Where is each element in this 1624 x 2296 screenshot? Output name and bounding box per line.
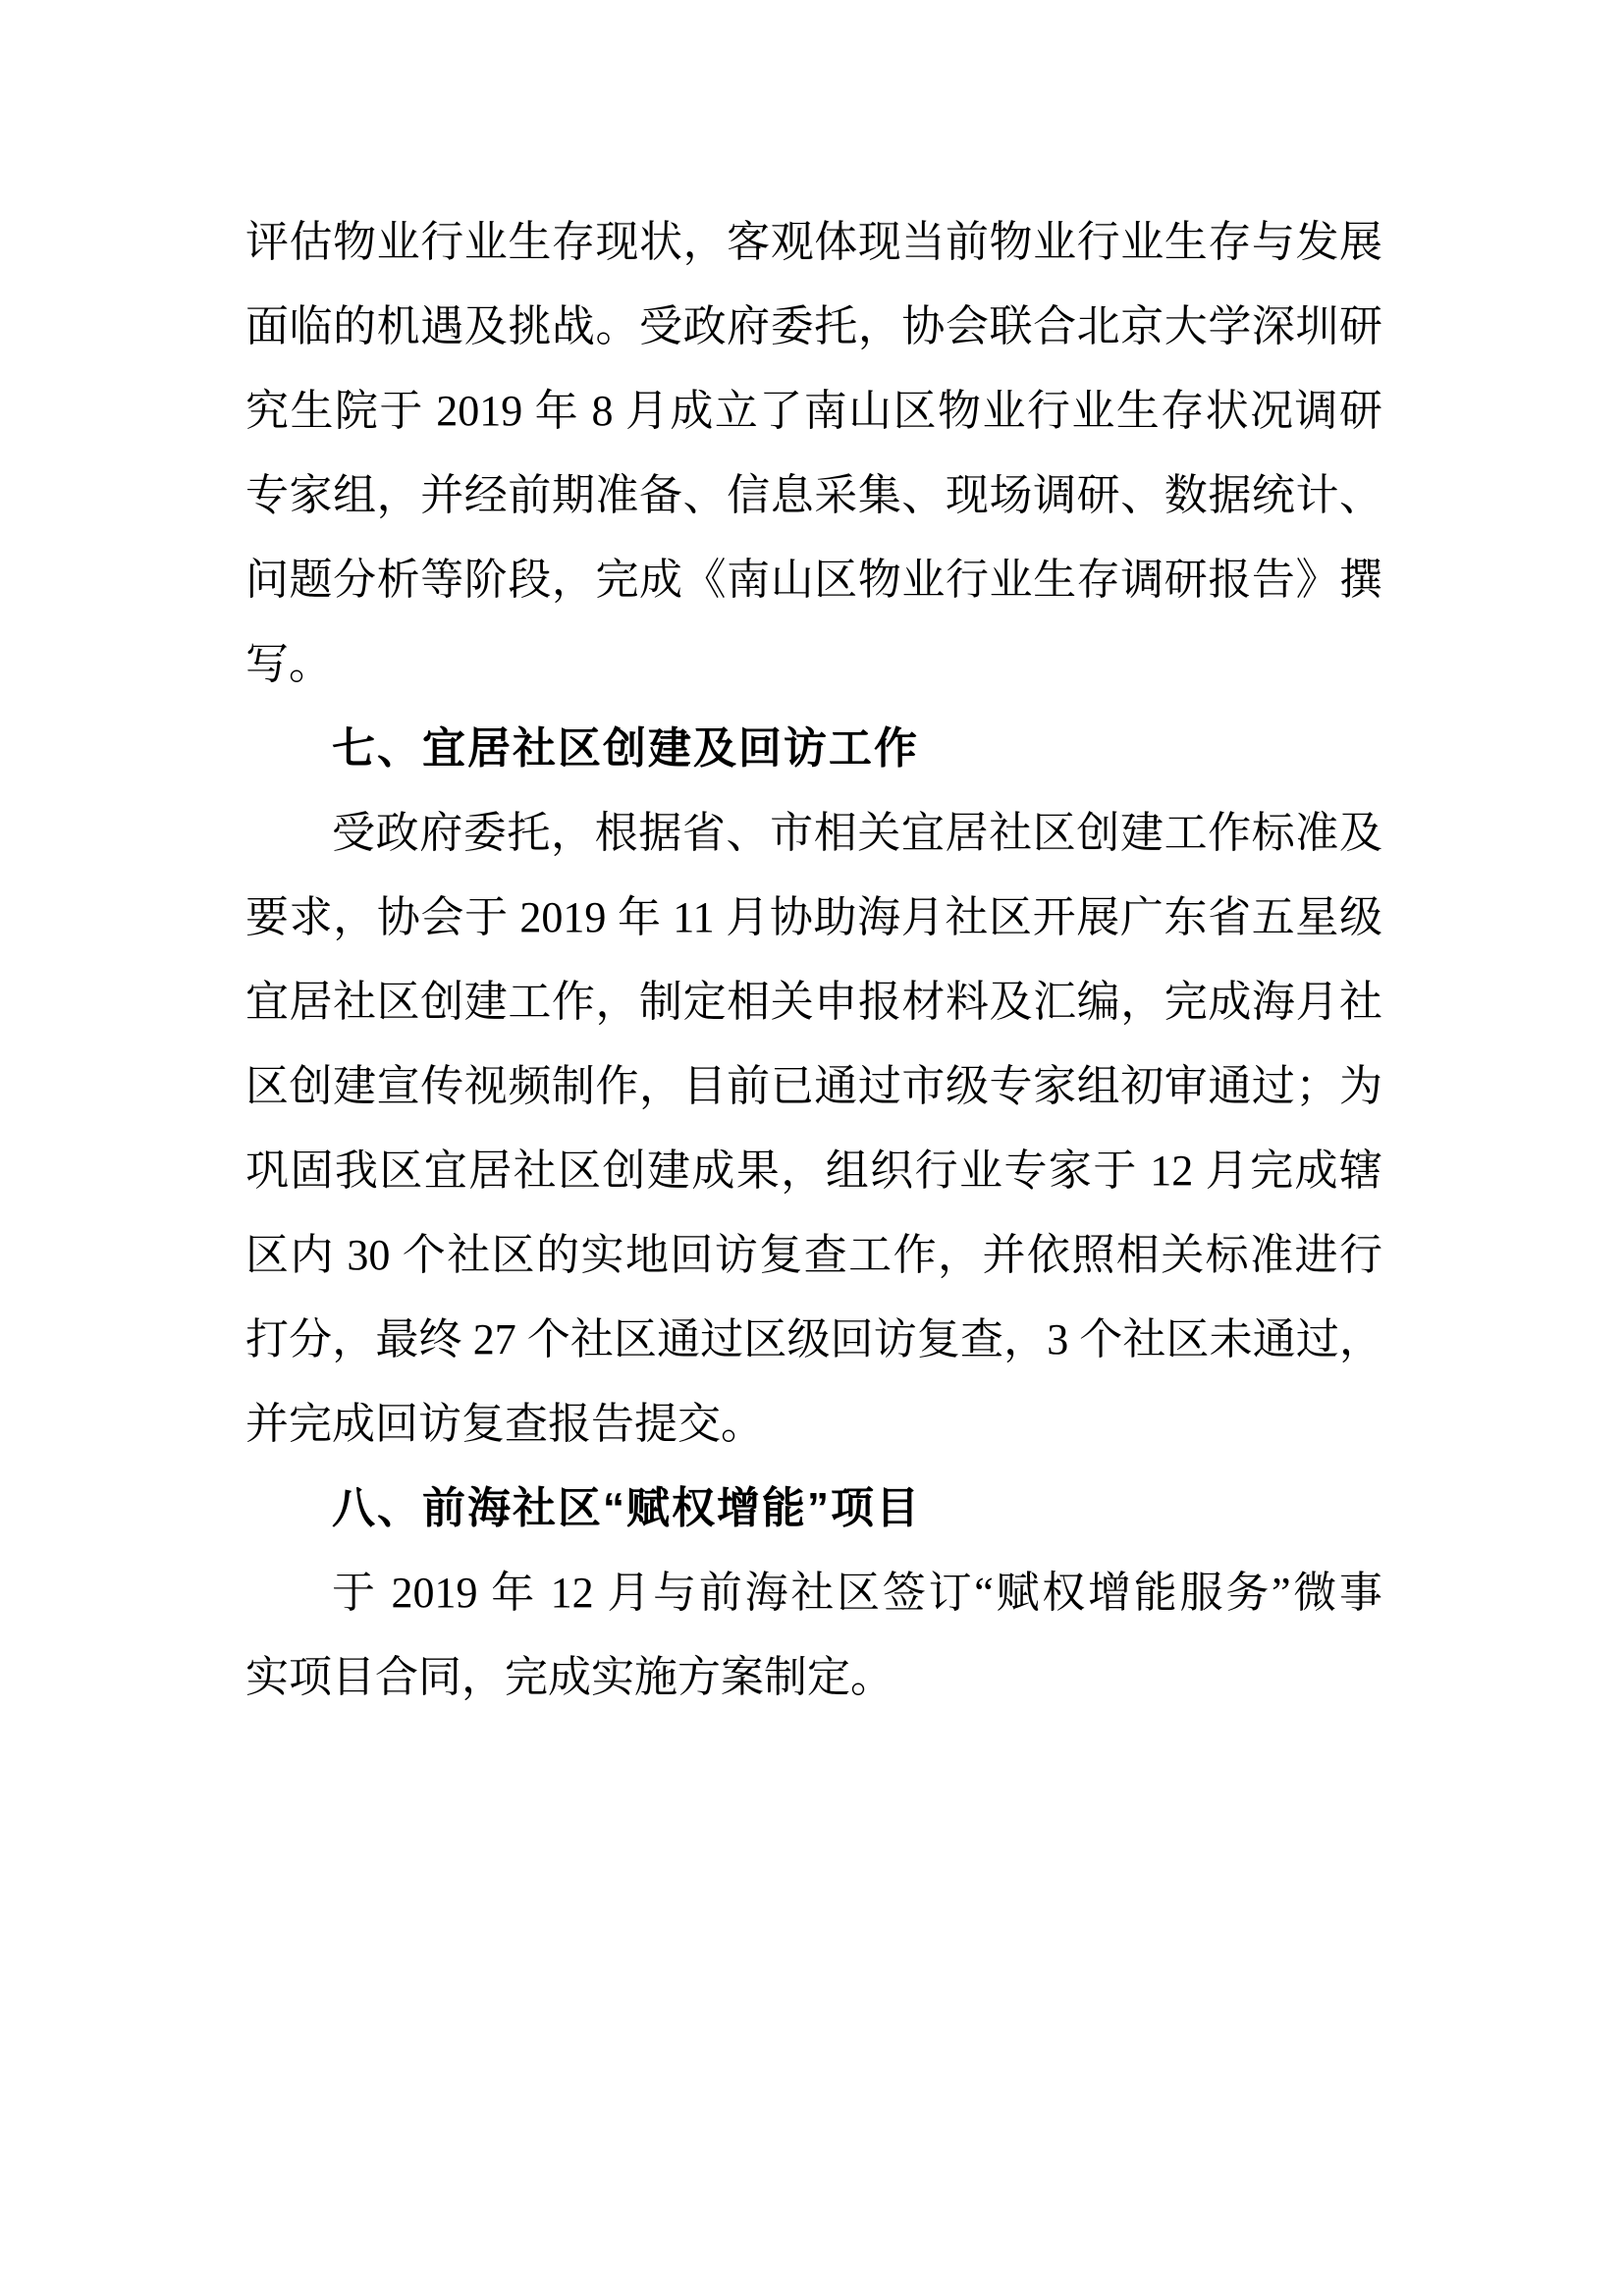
text-line: 实项目合同，完成实施方案制定。 — [245, 1635, 1382, 1720]
text-line: 究生院于 2019 年 8 月成立了南山区物业行业生存状况调研 — [245, 369, 1382, 454]
document-page: 评估物业行业生存现状，客观体现当前物业行业生存与发展 面临的机遇及挑战。受政府委… — [0, 0, 1624, 2296]
text-line: 评估物业行业生存现状，客观体现当前物业行业生存与发展 — [245, 200, 1382, 285]
text-line: 区内 30 个社区的实地回访复查工作，并依照相关标准进行 — [245, 1213, 1382, 1298]
text-line: 区创建宣传视频制作，目前已通过市级专家组初审通过；为 — [245, 1044, 1382, 1129]
text-line: 面临的机遇及挑战。受政府委托，协会联合北京大学深圳研 — [245, 285, 1382, 369]
text-line: 于 2019 年 12 月与前海社区签订“赋权增能服务”微事 — [245, 1551, 1382, 1635]
document-text-block: 评估物业行业生存现状，客观体现当前物业行业生存与发展 面临的机遇及挑战。受政府委… — [245, 200, 1382, 1720]
text-line: 问题分析等阶段，完成《南山区物业行业生存调研报告》撰 — [245, 538, 1382, 622]
text-line: 巩固我区宜居社区创建成果，组织行业专家于 12 月完成辖 — [245, 1129, 1382, 1213]
text-line: 打分，最终 27 个社区通过区级回访复查，3 个社区未通过， — [245, 1298, 1382, 1382]
section-heading: 八、前海社区“赋权增能”项目 — [245, 1467, 1382, 1551]
section-heading: 七、宜居社区创建及回访工作 — [245, 707, 1382, 791]
text-line: 写。 — [245, 622, 1382, 707]
text-line: 受政府委托，根据省、市相关宜居社区创建工作标准及 — [245, 791, 1382, 876]
text-line: 并完成回访复查报告提交。 — [245, 1382, 1382, 1467]
text-line: 要求，协会于 2019 年 11 月协助海月社区开展广东省五星级 — [245, 876, 1382, 960]
text-line: 专家组，并经前期准备、信息采集、现场调研、数据统计、 — [245, 454, 1382, 538]
text-line: 宜居社区创建工作，制定相关申报材料及汇编，完成海月社 — [245, 960, 1382, 1044]
